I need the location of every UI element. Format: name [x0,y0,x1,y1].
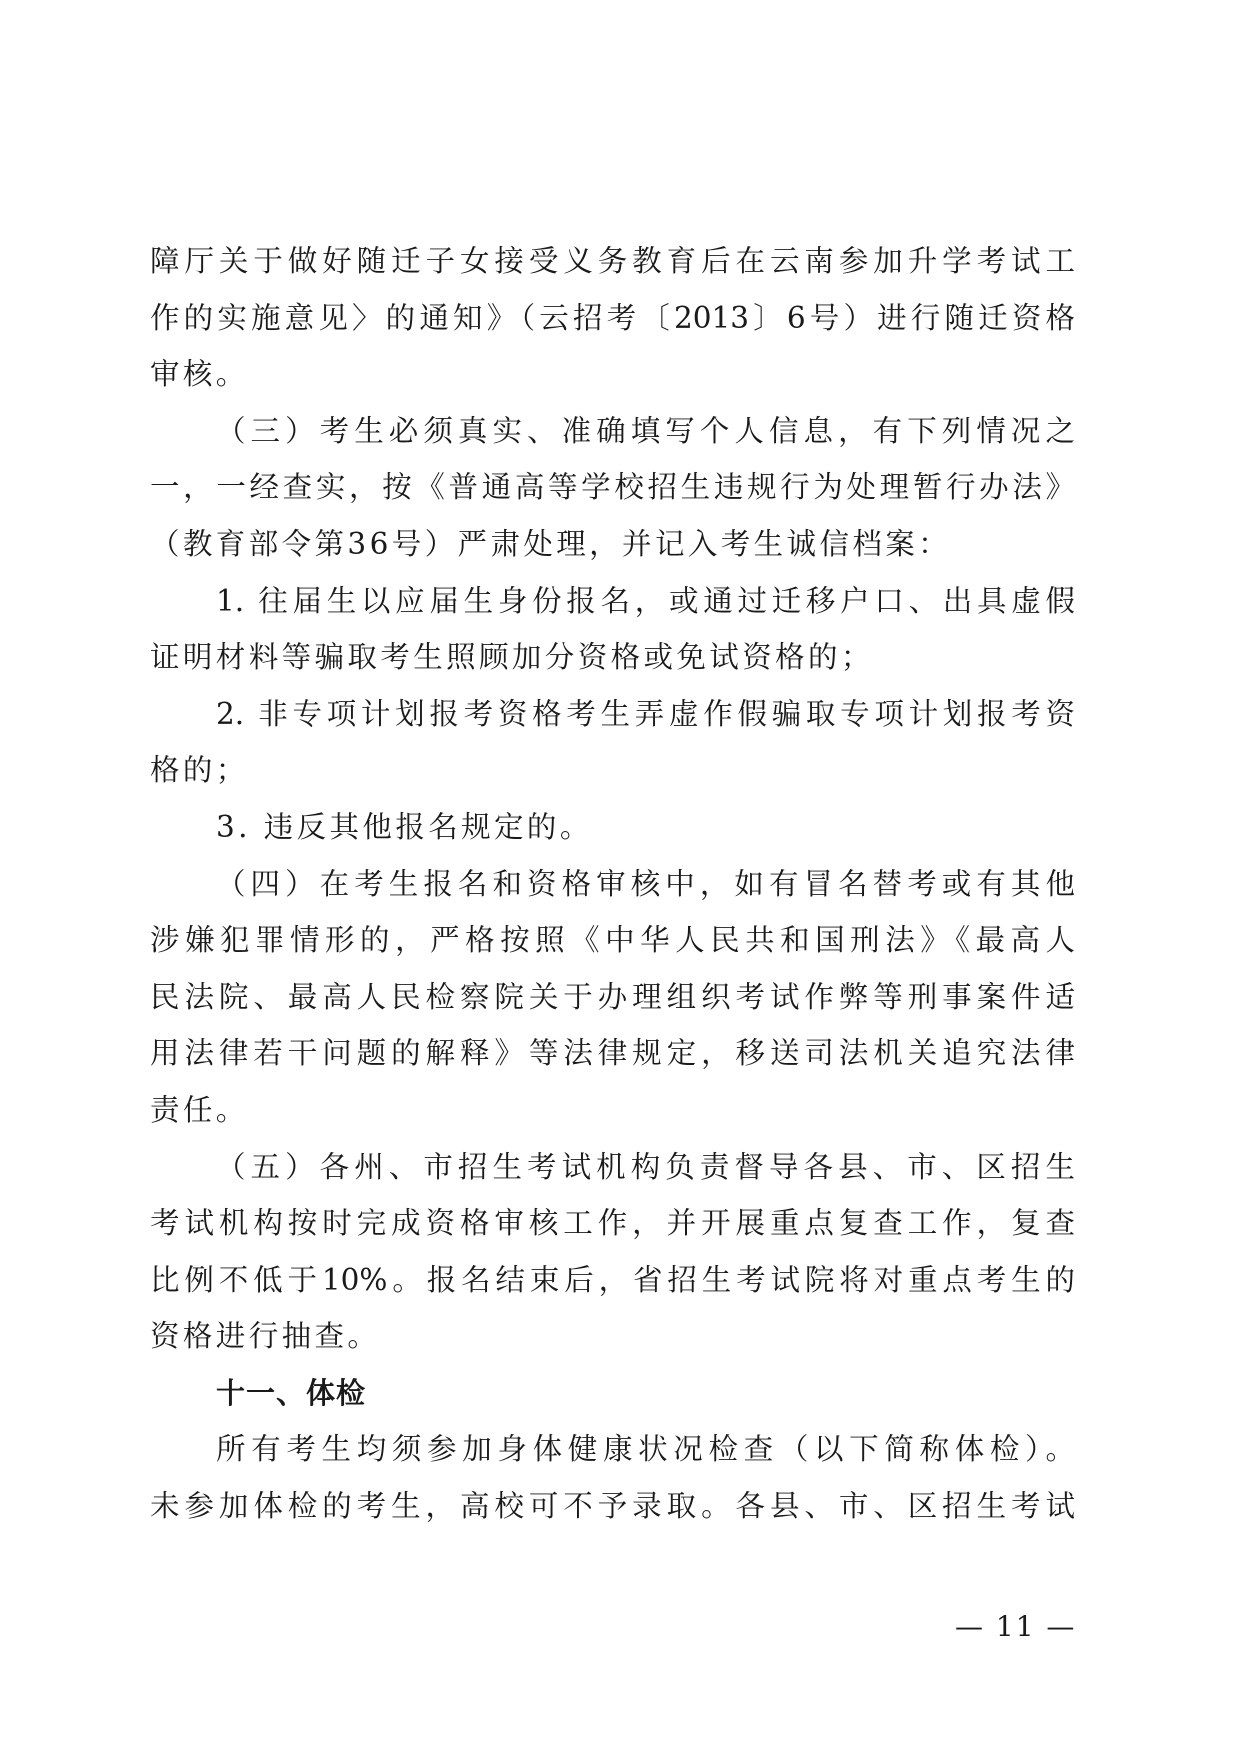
page-number: — 11 — [955,1607,1076,1647]
body-line: 未参加体检的考生，高校可不予录取。各县、市、区招生考试 [150,1478,1075,1535]
paragraph-physical-exam-start: 所有考生均须参加身体健康状况检查（以下简称体检）。 [150,1421,1075,1478]
body-line: 责任。 [150,1082,1075,1139]
body-line: 格的； [150,742,1075,799]
body-line: （教育部令第36号）严肃处理，并记入考生诚信档案： [150,516,1075,573]
body-line: 资格进行抽查。 [150,1308,1075,1365]
body-line: 用法律若干问题的解释》等法律规定，移送司法机关追究法律 [150,1025,1075,1082]
body-line: 一，一经查实，按《普通高等学校招生违规行为处理暂行办法》 [150,459,1075,516]
body-line: 障厅关于做好随迁子女接受义务教育后在云南参加升学考试工 [150,233,1075,290]
body-line: 考试机构按时完成资格审核工作，并开展重点复查工作，复查 [150,1195,1075,1252]
list-item-3: 3. 违反其他报名规定的。 [150,799,1075,856]
body-line: 比例不低于10%。报名结束后，省招生考试院将对重点考生的 [150,1252,1075,1309]
list-item-2: 2. 非专项计划报考资格考生弄虚作假骗取专项计划报考资 [150,686,1075,743]
body-line: 民法院、最高人民检察院关于办理组织考试作弊等刑事案件适 [150,969,1075,1026]
body-line: 涉嫌犯罪情形的，严格按照《中华人民共和国刑法》《最高人 [150,912,1075,969]
paragraph-4-start: （四）在考生报名和资格审核中，如有冒名替考或有其他 [150,856,1075,913]
paragraph-5-start: （五）各州、市招生考试机构负责督导各县、市、区招生 [150,1139,1075,1196]
list-item-1: 1. 往届生以应届生身份报名，或通过迁移户口、出具虚假 [150,573,1075,630]
body-line: 证明材料等骗取考生照顾加分资格或免试资格的； [150,629,1075,686]
document-page: 障厅关于做好随迁子女接受义务教育后在云南参加升学考试工 作的实施意见〉的通知》（… [150,233,1075,1535]
paragraph-3-start: （三）考生必须真实、准确填写个人信息，有下列情况之 [150,403,1075,460]
body-line: 审核。 [150,346,1075,403]
section-heading: 十一、体检 [150,1365,1075,1422]
body-line: 作的实施意见〉的通知》（云招考〔2013〕6号）进行随迁资格 [150,290,1075,347]
